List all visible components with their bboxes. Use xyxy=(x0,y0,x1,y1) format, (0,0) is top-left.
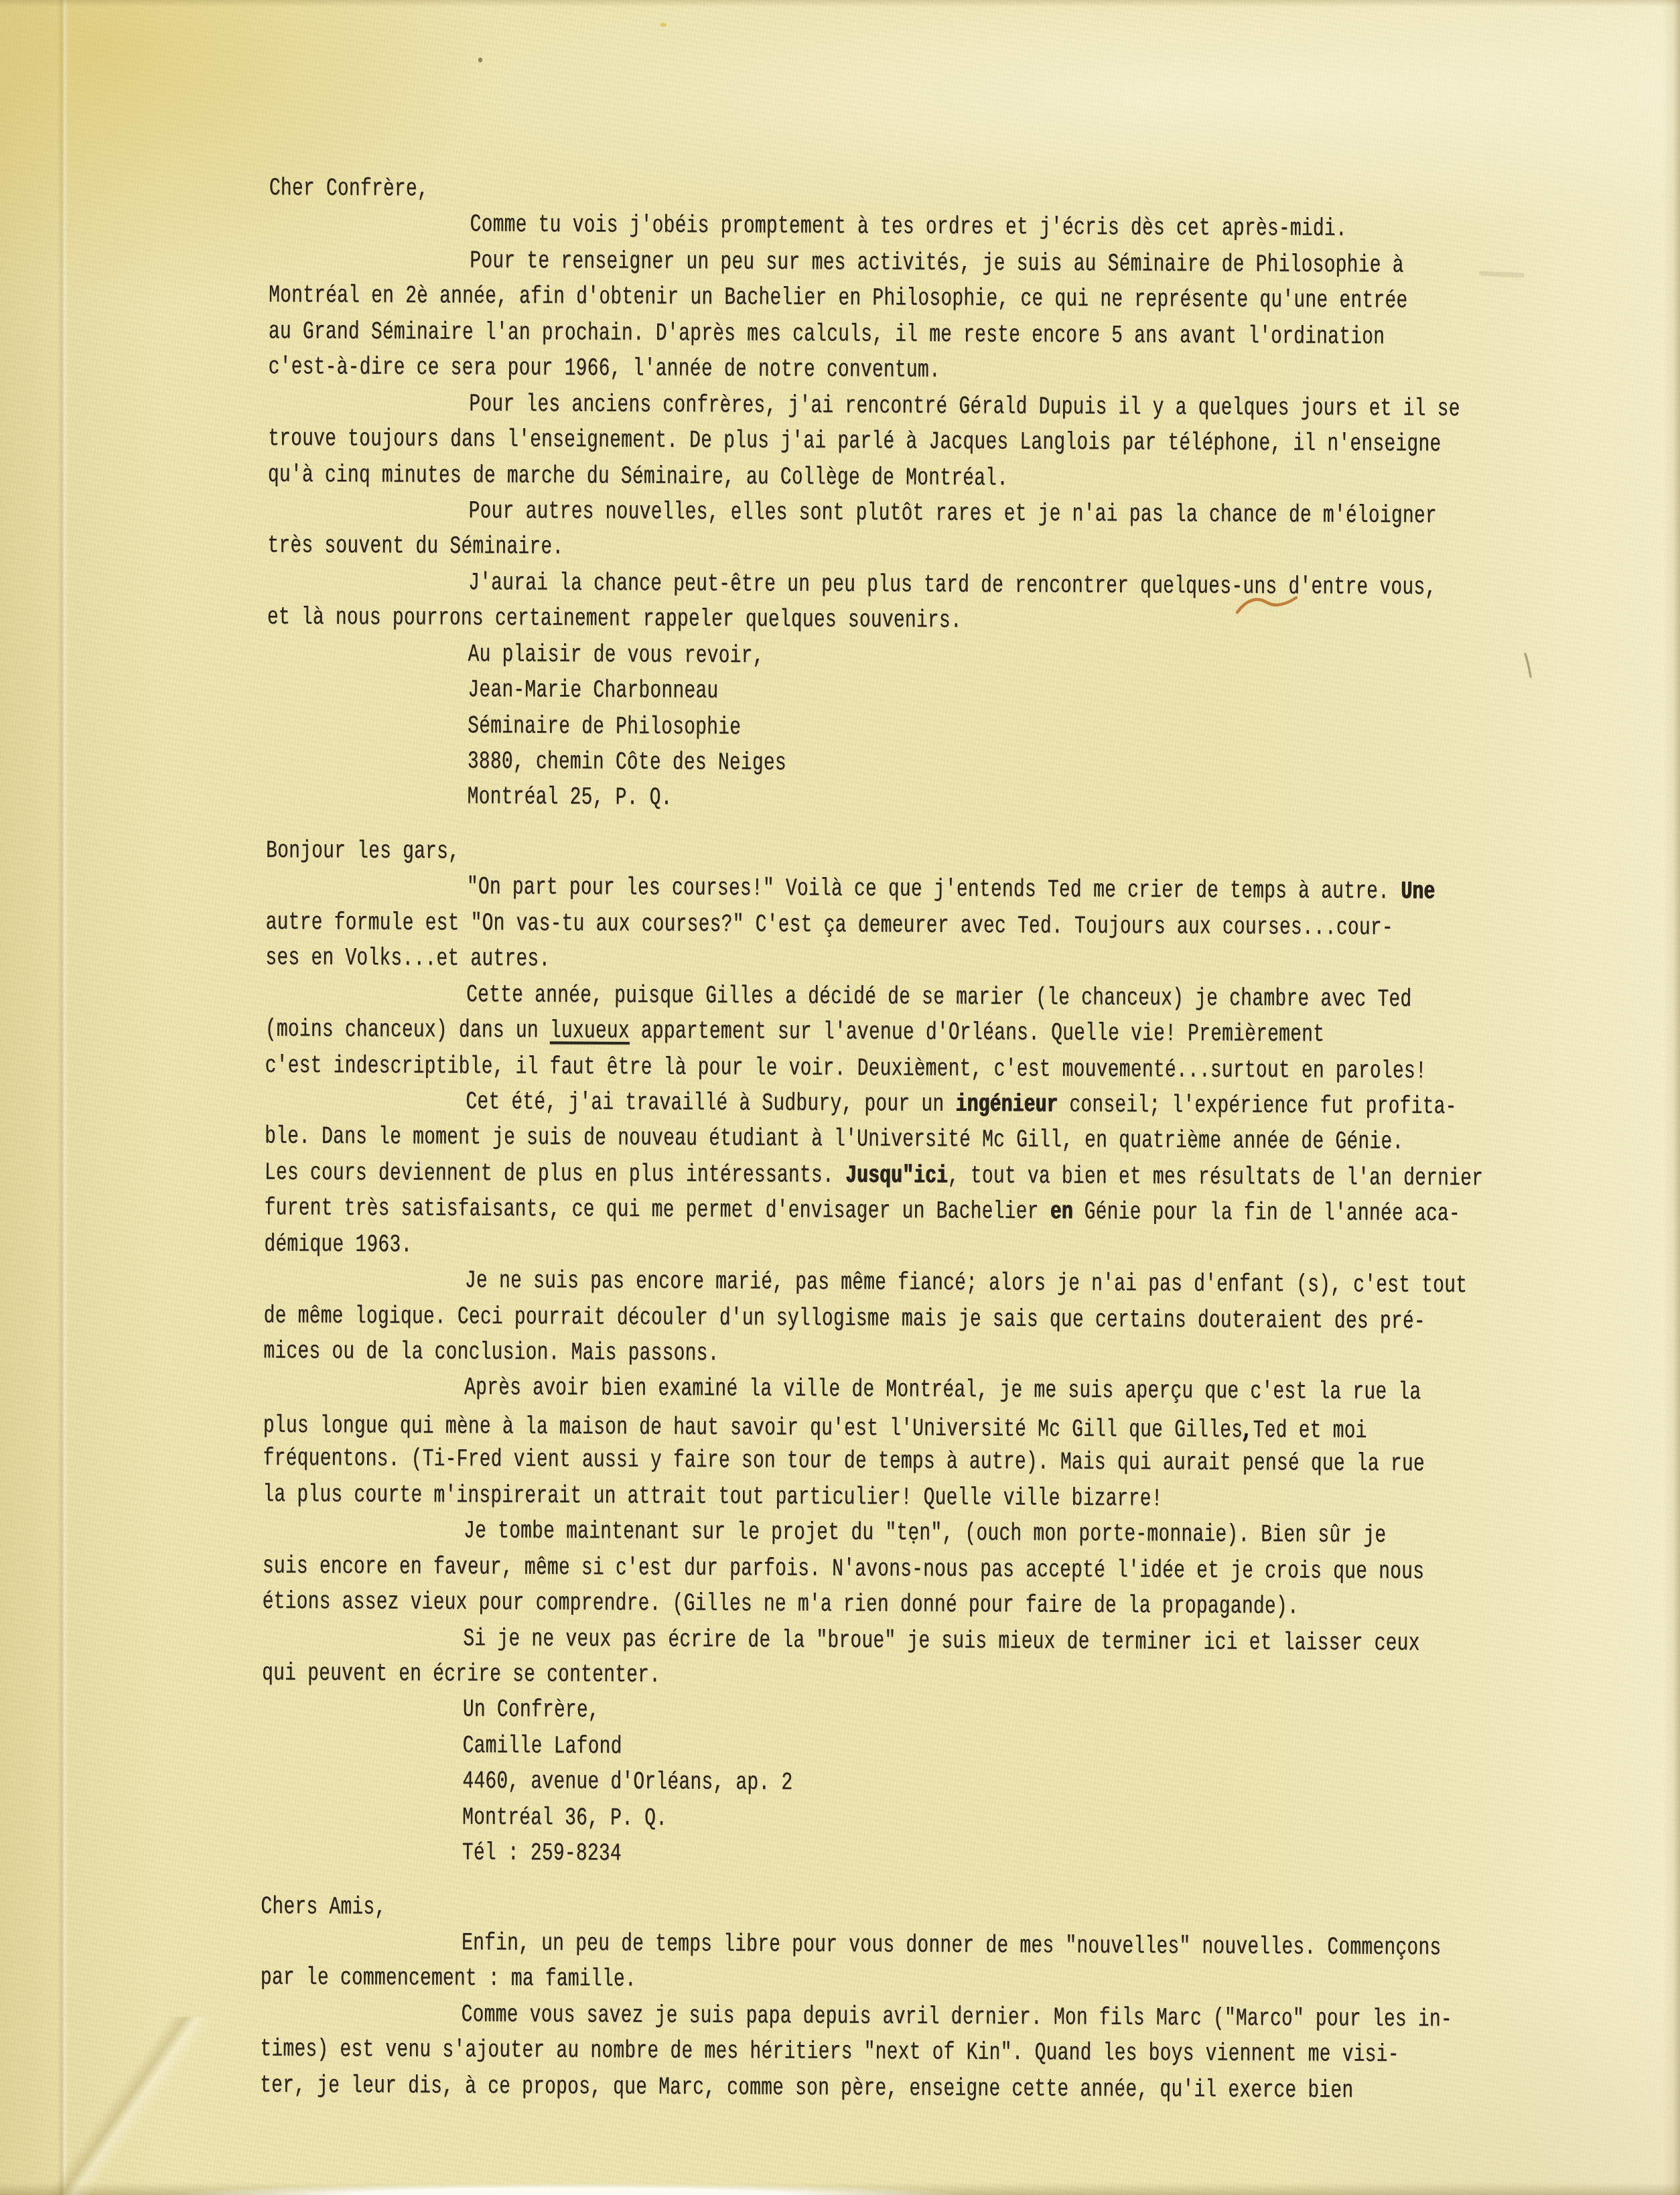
letter-line: Cher Confrère, xyxy=(269,172,1502,213)
text-segment: Séminaire de Philosophie xyxy=(468,712,741,741)
text-segment: Tél : 259-8234 xyxy=(462,1840,622,1868)
letter-line: ter, je leur dis, à ce propos, que Marc,… xyxy=(260,2068,1492,2110)
letter-line: c'est-à-dire ce sera pour 1966, l'année … xyxy=(268,350,1500,392)
text-segment: très souvent du Séminaire. xyxy=(267,533,563,561)
text-segment: par le commencement : ma famille. xyxy=(261,1965,636,1994)
paper-edge-right xyxy=(1663,0,1680,2195)
text-segment: Au plaisir de vous revoir, xyxy=(468,641,764,670)
text-segment: Les cours deviennent de plus en plus int… xyxy=(265,1159,845,1189)
text-segment: 3880, chemin Côte des Neiges xyxy=(468,748,786,777)
letter-line: au Grand Séminaire l'an prochain. D'aprè… xyxy=(269,315,1501,356)
letter-line: furent très satisfaisants, ce qui me per… xyxy=(264,1191,1496,1233)
letter-line: plus longue qui mène à la maison de haut… xyxy=(263,1406,1496,1448)
text-segment: mices ou de la conclusion. Mais passons. xyxy=(263,1338,719,1368)
text-segment: luxueux xyxy=(550,1018,630,1046)
letter-line: Montréal 36, P. Q. xyxy=(261,1800,1494,1841)
letter-line: Chers Amis, xyxy=(261,1889,1493,1931)
letter-line: suis encore en faveur, même si c'est dur… xyxy=(263,1549,1495,1591)
text-segment: (moins chanceux) dans un xyxy=(265,1016,550,1045)
text-segment: "On part pour les courses!" Voilà ce que… xyxy=(467,874,1401,907)
letter-line: Montréal en 2è année, afin d'obtenir un … xyxy=(269,279,1501,320)
text-segment: Pour autres nouvelles, elles sont plutôt… xyxy=(468,498,1436,530)
text-segment: Une xyxy=(1401,878,1435,906)
text-segment: 4460, avenue d'Orléans, ap. 2 xyxy=(462,1768,792,1797)
text-segment: Montréal en 2è année, afin d'obtenir un … xyxy=(269,282,1407,315)
text-segment: qui peuvent en écrire se contenter. xyxy=(262,1660,660,1689)
text-segment: Ted et moi xyxy=(1253,1417,1367,1445)
text-segment: la plus courte m'inspirerait un attrait … xyxy=(263,1481,1162,1513)
letter-line: Après avoir bien examiné la ville de Mon… xyxy=(263,1370,1496,1412)
text-segment: appartement sur l'avenue d'Orléans. Quel… xyxy=(630,1018,1324,1049)
letter-section: Chers Amis,Enfin, un peu de temps libre … xyxy=(260,1889,1494,2110)
text-segment: Comme tu vois j'obéis promptement à tes … xyxy=(470,212,1347,243)
text-segment: trouve toujours dans l'enseignement. De … xyxy=(268,425,1441,458)
text-segment: suis encore en faveur, même si c'est dur… xyxy=(263,1552,1424,1585)
text-segment: c'est-à-dire ce sera pour 1966, l'année … xyxy=(268,354,940,385)
letter-line: étions assez vieux pour comprendre. (Gil… xyxy=(262,1585,1494,1626)
letter-body: Cher Confrère,Comme tu vois j'obéis prom… xyxy=(260,172,1502,2129)
paper-edge-top xyxy=(0,0,1680,7)
letter-section: Bonjour les gars,"On part pour les cours… xyxy=(261,834,1499,1877)
letter-line: Pour autres nouvelles, elles sont plutôt… xyxy=(267,493,1500,535)
text-segment: Montréal 25, P. Q. xyxy=(467,784,672,812)
letter-line: Camille Lafond xyxy=(261,1728,1494,1770)
text-segment: Pour les anciens confrères, j'ai rencont… xyxy=(469,391,1460,423)
letter-line: "On part pour les courses!" Voilà ce que… xyxy=(266,870,1498,911)
letter-line: Cette année, puisque Gilles a décidé de … xyxy=(265,977,1498,1018)
letter-line: fréquentons. (Ti-Fred vient aussi y fair… xyxy=(263,1442,1495,1483)
text-segment: ble. Dans le moment je suis de nouveau é… xyxy=(265,1124,1403,1156)
letter-line: Tél : 259-8234 xyxy=(261,1835,1494,1877)
letter-line: c'est indescriptible, il faut être là po… xyxy=(265,1049,1497,1090)
text-segment: fréquentons. (Ti-Fred vient aussi y fair… xyxy=(263,1445,1425,1478)
letter-line: Les cours deviennent de plus en plus int… xyxy=(265,1156,1497,1197)
text-segment: et là nous pourrons certainement rappele… xyxy=(267,604,962,635)
text-segment: de même logique. Ceci pourrait découler … xyxy=(264,1303,1425,1335)
letter-line: trouve toujours dans l'enseignement. De … xyxy=(268,422,1500,464)
letter-line: qu'à cinq minutes de marche du Séminaire… xyxy=(268,458,1500,499)
letter-line: par le commencement : ma famille. xyxy=(261,1961,1493,2003)
letter-line: ble. Dans le moment je suis de nouveau é… xyxy=(265,1120,1497,1162)
letter-line: Montréal 25, P. Q. xyxy=(266,779,1498,821)
pen-tick-mark xyxy=(1522,651,1535,681)
letter-line: et là nous pourrons certainement rappele… xyxy=(267,601,1500,643)
letter-line: Bonjour les gars, xyxy=(266,834,1498,876)
letter-line: Au plaisir de vous revoir, xyxy=(267,637,1499,678)
scan-edge-sliver xyxy=(171,2183,968,2195)
text-segment: J'aurai la chance peut-être un peu plus … xyxy=(468,570,1436,602)
text-segment: Montréal 36, P. Q. xyxy=(462,1804,667,1832)
letter-line: Pour te renseigner un peu sur mes activi… xyxy=(269,243,1501,285)
text-segment: au Grand Séminaire l'an prochain. D'aprè… xyxy=(269,318,1385,351)
text-segment: Je ne suis pas encore marié, pas même fi… xyxy=(465,1268,1467,1300)
letter-line: autre formule est "On vas-tu aux courses… xyxy=(265,905,1498,947)
text-segment: autre formule est "On vas-tu aux courses… xyxy=(265,909,1393,942)
letter-line: très souvent du Séminaire. xyxy=(267,529,1500,571)
text-segment: Bonjour les gars, xyxy=(266,838,460,866)
letter-line: la plus courte m'inspirerait un attrait … xyxy=(263,1477,1495,1519)
text-segment: en xyxy=(1050,1199,1073,1226)
text-segment: Camille Lafond xyxy=(462,1733,622,1761)
letter-line: 4460, avenue d'Orléans, ap. 2 xyxy=(261,1764,1494,1805)
text-segment: , tout va bien et mes résultats de l'an … xyxy=(948,1162,1483,1193)
letter-line: Si je ne veux pas écrire de la "broue" j… xyxy=(262,1621,1494,1662)
text-segment: conseil; l'expérience fut profita- xyxy=(1058,1091,1456,1121)
text-segment: Génie pour la fin de l'année aca- xyxy=(1073,1199,1460,1228)
letter-line: Pour les anciens confrères, j'ai rencont… xyxy=(268,386,1500,427)
letter-line: J'aurai la chance peut-être un peu plus … xyxy=(267,565,1500,606)
letter-line: 3880, chemin Côte des Neiges xyxy=(267,744,1499,785)
letter-line: Cet été, j'ai travaillé à Sudbury, pour … xyxy=(265,1084,1497,1126)
handwritten-comma: , xyxy=(1243,1414,1250,1445)
text-segment: ter, je leur dis, à ce propos, que Marc,… xyxy=(260,2072,1353,2105)
scanned-letter-page: { "colors": { "paper": "#ece3ae", "ink":… xyxy=(0,0,1680,2195)
text-segment: Enfin, un peu de temps libre pour vous d… xyxy=(462,1930,1441,1962)
text-segment: Après avoir bien examiné la ville de Mon… xyxy=(464,1375,1421,1407)
text-segment: Cet été, j'ai travaillé à Sudbury, pour … xyxy=(466,1089,955,1118)
text-segment: times) est venu s'ajouter au nombre de m… xyxy=(260,2036,1399,2069)
text-segment: Cher Confrère, xyxy=(269,175,429,203)
letter-line: Je ne suis pas encore marié, pas même fi… xyxy=(264,1263,1496,1305)
paper-speck xyxy=(660,23,667,27)
letter-line: Enfin, un peu de temps libre pour vous d… xyxy=(261,1926,1493,1967)
letter-line: Jean-Marie Charbonneau xyxy=(267,672,1499,714)
text-segment: Un Confrère, xyxy=(463,1697,600,1725)
letter-line: (moins chanceux) dans un luxueux apparte… xyxy=(265,1012,1498,1054)
letter-line: Comme vous savez je suis papa depuis avr… xyxy=(260,1997,1492,2038)
letter-line: Comme tu vois j'obéis promptement à tes … xyxy=(269,207,1501,249)
vertical-fold-crease xyxy=(58,0,68,2195)
text-segment: Je tombe maintenant sur le projet du "tẹ… xyxy=(464,1518,1386,1550)
letter-line: Séminaire de Philosophie xyxy=(267,708,1499,750)
text-segment: démique 1963. xyxy=(264,1231,412,1259)
letter-line: démique 1963. xyxy=(264,1227,1496,1269)
text-segment: ingénieur xyxy=(955,1091,1058,1119)
text-segment: Jusqu"ici xyxy=(845,1162,948,1190)
text-segment: Jean-Marie Charbonneau xyxy=(468,677,718,706)
letter-line: ses en Volks...et autres. xyxy=(265,941,1498,983)
letter-line: Un Confrère, xyxy=(262,1692,1494,1734)
text-segment: Chers Amis, xyxy=(261,1893,386,1921)
text-segment: Comme vous savez je suis papa depuis avr… xyxy=(461,2001,1452,2034)
letter-line: qui peuvent en écrire se contenter. xyxy=(262,1656,1494,1698)
paper-edge-bottom xyxy=(0,2183,1680,2195)
text-segment: étions assez vieux pour comprendre. (Gil… xyxy=(262,1589,1298,1621)
letter-line: mices ou de la conclusion. Mais passons. xyxy=(263,1335,1496,1376)
text-segment: c'est indescriptible, il faut être là po… xyxy=(265,1052,1426,1085)
text-segment: ses en Volks...et autres. xyxy=(265,945,550,974)
letter-section: Cher Confrère,Comme tu vois j'obéis prom… xyxy=(266,172,1502,821)
text-segment: plus longue qui mène à la maison de haut… xyxy=(263,1412,1243,1445)
text-segment: Cette année, puisque Gilles a décidé de … xyxy=(466,982,1411,1014)
ink-speck xyxy=(478,58,482,62)
text-segment: Si je ne veux pas écrire de la "broue" j… xyxy=(463,1625,1419,1658)
letter-line: Je tombe maintenant sur le projet du "tẹ… xyxy=(263,1514,1495,1555)
letter-line: de même logique. Ceci pourrait découler … xyxy=(264,1299,1496,1340)
text-segment: furent très satisfaisants, ce qui me per… xyxy=(264,1195,1050,1227)
text-segment: qu'à cinq minutes de marche du Séminaire… xyxy=(268,461,1008,492)
text-segment: Pour te renseigner un peu sur mes activi… xyxy=(470,247,1403,279)
diagonal-corner-crease xyxy=(0,2017,255,2195)
letter-line: times) est venu s'ajouter au nombre de m… xyxy=(260,2033,1492,2074)
